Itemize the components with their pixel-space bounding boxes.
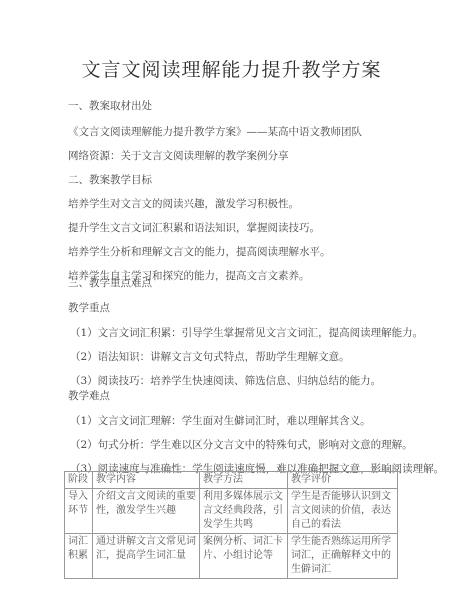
section-heading-key-difficult: 三、教学重点难点 xyxy=(68,275,152,290)
table-cell: 词汇积累 xyxy=(65,534,93,579)
key-points-label: 教学重点 xyxy=(68,300,110,315)
lesson-plan-table: 阶段 教学内容 教学方法 教学评价 导入环节 介绍文言文阅读的重要性，激发学生兴… xyxy=(64,471,398,579)
difficulty: （1）文言文词汇理解：学生面对生僻词汇时，难以理解其含义。 xyxy=(70,413,371,428)
header-cell: 阶段 xyxy=(65,472,93,489)
table-cell: 案例分析、词汇卡片、小组讨论等 xyxy=(200,534,288,579)
table-row: 导入环节 介绍文言文阅读的重要性，激发学生兴趣 利用多媒体展示文言文经典段落，引… xyxy=(65,489,398,534)
goal-line: 提升学生文言文词汇积累和语法知识，掌握阅读技巧。 xyxy=(68,220,320,235)
table-row: 词汇积累 通过讲解文言文常见词汇，提高学生词汇量 案例分析、词汇卡片、小组讨论等… xyxy=(65,534,398,579)
document-page: 文言文阅读理解能力提升教学方案 一、教案取材出处 《文言文阅读理解能力提升教学方… xyxy=(0,0,463,600)
table-cell: 介绍文言文阅读的重要性，激发学生兴趣 xyxy=(93,489,200,534)
section-heading-source: 一、教案取材出处 xyxy=(68,98,152,113)
source-line: 《文言文阅读理解能力提升教学方案》——某高中语文教师团队 xyxy=(68,124,362,139)
goal-line: 培养学生对文言文的阅读兴趣，激发学习积极性。 xyxy=(68,196,299,211)
difficulties-label: 教学难点 xyxy=(68,388,110,403)
document-title: 文言文阅读理解能力提升教学方案 xyxy=(0,55,463,82)
goal-line: 培养学生分析和理解文言文的能力，提高阅读理解水平。 xyxy=(68,244,331,259)
table-cell: 导入环节 xyxy=(65,489,93,534)
key-point: （3）阅读技巧：培养学生快速阅读、筛选信息、归纳总结的能力。 xyxy=(70,373,381,388)
header-cell: 教学评价 xyxy=(288,472,398,489)
table-header-row: 阶段 教学内容 教学方法 教学评价 xyxy=(65,472,398,489)
header-cell: 教学方法 xyxy=(200,472,288,489)
source-line: 网络资源：关于文言文阅读理解的教学案例分享 xyxy=(68,148,289,163)
key-point: （2）语法知识：讲解文言文句式特点，帮助学生理解文意。 xyxy=(70,349,350,364)
difficulty: （2）句式分析：学生难以区分文言文中的特殊句式，影响对文意的理解。 xyxy=(70,437,413,452)
table-cell: 学生能否熟练运用所学词汇，正确解释文中的生僻词汇 xyxy=(288,534,398,579)
header-cell: 教学内容 xyxy=(93,472,200,489)
table-cell: 学生是否能够认识到文言文阅读的价值，表达自己的看法 xyxy=(288,489,398,534)
table-cell: 通过讲解文言文常见词汇，提高学生词汇量 xyxy=(93,534,200,579)
section-heading-goals: 二、教案教学目标 xyxy=(68,172,152,187)
table-cell: 利用多媒体展示文言文经典段落，引发学生共鸣 xyxy=(200,489,288,534)
key-point: （1）文言文词汇积累：引导学生掌握常见文言文词汇，提高阅读理解能力。 xyxy=(70,325,423,340)
